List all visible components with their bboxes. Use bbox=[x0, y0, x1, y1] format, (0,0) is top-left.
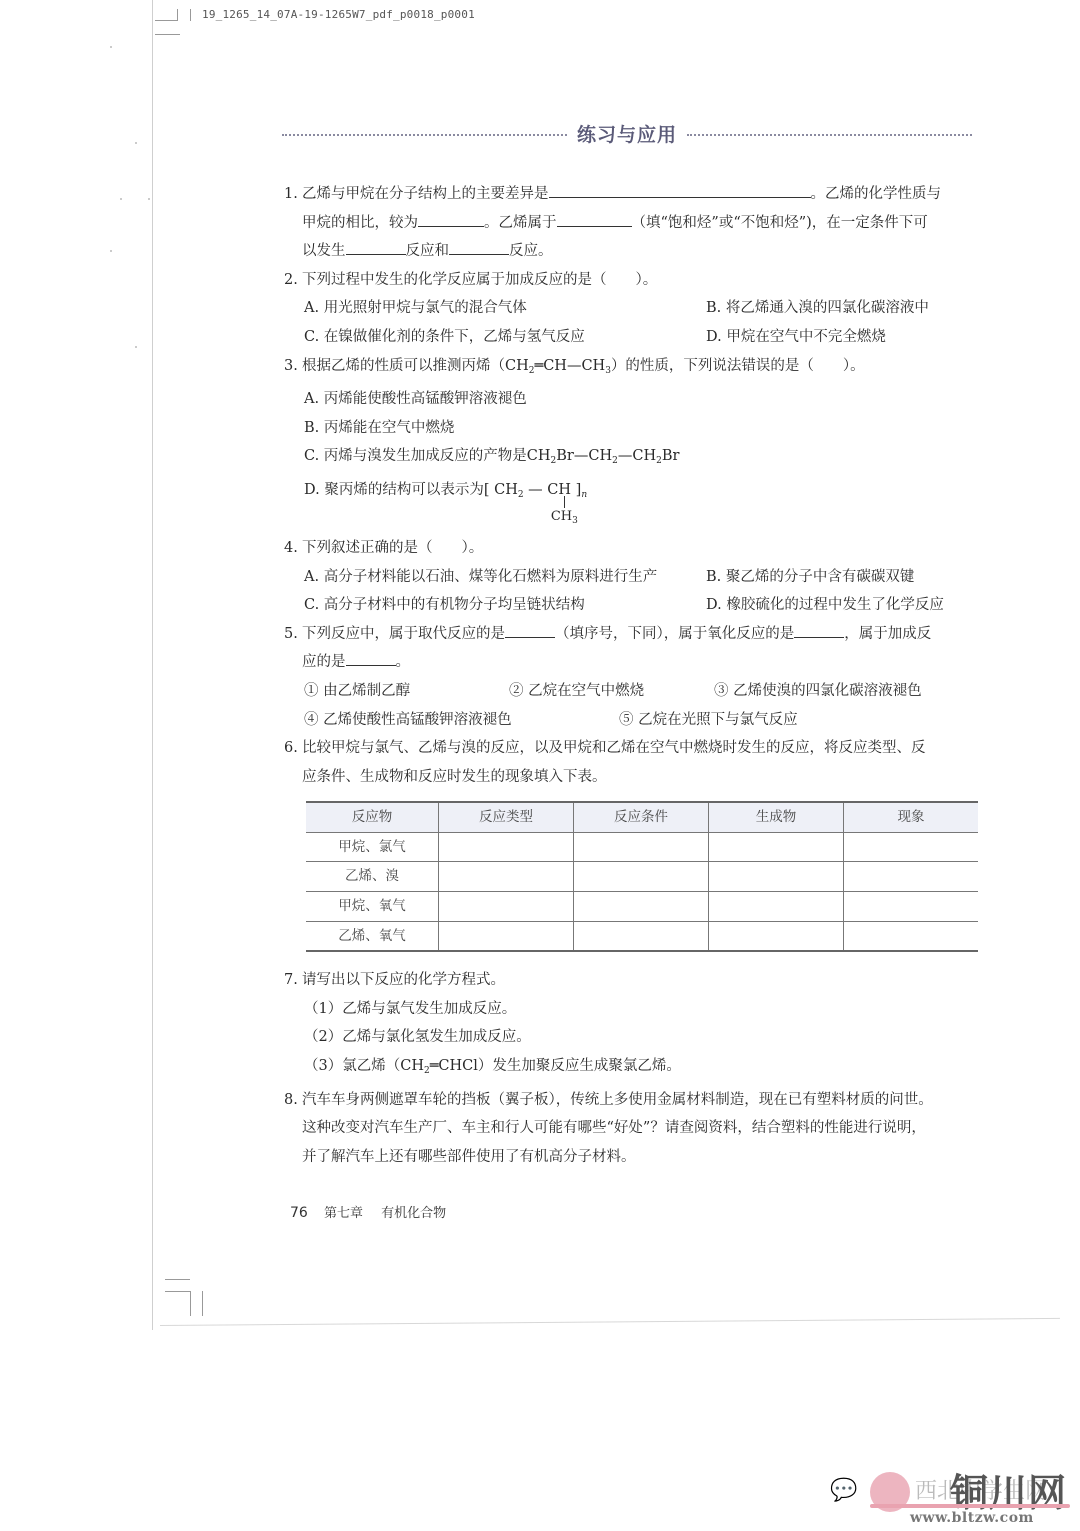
question-stem: ═CH—CH bbox=[534, 358, 605, 374]
answer-blank[interactable] bbox=[549, 183, 811, 198]
crop-mark bbox=[190, 9, 191, 21]
subscript: 3 bbox=[572, 516, 578, 526]
question-3: 3.根据乙烯的性质可以推测丙烯（CH2═CH—CH3）的性质，下列说法错误的是（… bbox=[284, 352, 976, 534]
formula-text: [ CH bbox=[484, 482, 518, 498]
wechat-icon: 💬 bbox=[830, 1478, 857, 1503]
question-text: 这种改变对汽车生产厂、车主和行人可能有哪些“好处”？请查阅资料，结合塑料的性能进… bbox=[284, 1114, 976, 1143]
subscript: n bbox=[581, 490, 587, 500]
question-number: 2. bbox=[284, 266, 302, 295]
answer-cell[interactable] bbox=[844, 862, 979, 892]
polypropylene-formula: [ CH2 — CH ]nCH3 bbox=[484, 476, 587, 510]
formula-text: CH bbox=[551, 509, 572, 524]
question-stem: 下列过程中发生的化学反应属于加成反应的是（ ）。 bbox=[302, 272, 657, 288]
option-b[interactable]: B. 丙烯能在空气中燃烧 bbox=[304, 414, 976, 443]
option-text: Br bbox=[662, 448, 680, 464]
watermark-url: www.bltzw.com bbox=[910, 1510, 1034, 1526]
question-text: ，属于加成反 bbox=[844, 626, 931, 642]
question-number: 6. bbox=[284, 734, 302, 763]
scan-speck bbox=[135, 346, 137, 348]
option-a[interactable]: A. 用光照射甲烷与氯气的混合气体 bbox=[304, 294, 706, 323]
question-6: 6.比较甲烷与氯气、乙烯与溴的反应，以及甲烷和乙烯在空气中燃烧时发生的反应，将反… bbox=[284, 734, 976, 952]
answer-cell[interactable] bbox=[709, 832, 844, 862]
column-header: 现象 bbox=[844, 802, 979, 832]
page-edge-bottom bbox=[160, 1318, 1060, 1326]
question-text: 并了解汽车上还有哪些部件使用了有机高分子材料。 bbox=[284, 1143, 976, 1172]
question-5: 5.下列反应中，属于取代反应的是（填序号，下同），属于氧化反应的是，属于加成反 … bbox=[284, 620, 976, 734]
reaction-item-3: ③ 乙烯使溴的四氯化碳溶液褪色 bbox=[714, 677, 996, 706]
question-text: 反应和 bbox=[406, 243, 450, 259]
sub-question-2: （2）乙烯与氯化氢发生加成反应。 bbox=[284, 1023, 976, 1052]
answer-blank[interactable] bbox=[794, 623, 844, 638]
answer-cell[interactable] bbox=[844, 892, 979, 922]
reaction-comparison-table: 反应物 反应类型 反应条件 生成物 现象 甲烷、氯气 bbox=[306, 801, 978, 952]
answer-blank[interactable] bbox=[346, 240, 406, 255]
scan-speck bbox=[148, 198, 150, 200]
question-text: 甲烷的相比，较为 bbox=[302, 215, 418, 231]
scan-speck bbox=[135, 142, 137, 144]
answer-cell[interactable] bbox=[844, 921, 979, 951]
table-row: 甲烷、氯气 bbox=[306, 832, 978, 862]
table-row: 乙烯、氧气 bbox=[306, 921, 978, 951]
reaction-item-1: ① 由乙烯制乙醇 bbox=[304, 677, 509, 706]
question-text: （填“饱和烃”或“不饱和烃”)，在一定条件下可 bbox=[632, 215, 928, 231]
crop-mark bbox=[165, 1291, 190, 1292]
column-header: 反应条件 bbox=[574, 802, 709, 832]
column-header: 反应类型 bbox=[439, 802, 574, 832]
answer-cell[interactable] bbox=[574, 862, 709, 892]
answer-blank[interactable] bbox=[346, 651, 396, 666]
reaction-item-4: ④ 乙烯使酸性高锰酸钾溶液褪色 bbox=[304, 706, 619, 735]
exercise-content: 1.乙烯与甲烷在分子结构上的主要差异是。乙烯的化学性质与 甲烷的相比，较为。乙烯… bbox=[284, 180, 976, 1171]
bond-line bbox=[564, 496, 565, 508]
question-text: 反应。 bbox=[509, 243, 553, 259]
question-7: 7.请写出以下反应的化学方程式。 （1）乙烯与氯气发生加成反应。 （2）乙烯与氯… bbox=[284, 966, 976, 1085]
answer-cell[interactable] bbox=[844, 832, 979, 862]
crop-mark bbox=[202, 1291, 203, 1316]
reactant-cell: 乙烯、溴 bbox=[306, 862, 439, 892]
question-text: 下列反应中，属于取代反应的是 bbox=[302, 626, 505, 642]
watermark-wave bbox=[870, 1504, 1070, 1508]
answer-blank[interactable] bbox=[505, 623, 555, 638]
scan-speck bbox=[120, 198, 122, 200]
question-text: 。乙烯的化学性质与 bbox=[811, 186, 942, 202]
answer-cell[interactable] bbox=[574, 892, 709, 922]
option-d[interactable]: D. 聚丙烯的结构可以表示为[ CH2 — CH ]nCH3 bbox=[304, 476, 976, 534]
answer-cell[interactable] bbox=[709, 862, 844, 892]
dotted-rule-right bbox=[687, 134, 972, 136]
crop-mark bbox=[165, 1279, 190, 1280]
answer-cell[interactable] bbox=[439, 832, 574, 862]
page-edge-left bbox=[152, 0, 153, 1330]
watermark-brand: 铜川网 bbox=[950, 1462, 1067, 1517]
question-text: 。 bbox=[396, 654, 411, 670]
chapter-label: 第七章 bbox=[324, 1206, 363, 1221]
answer-blank[interactable] bbox=[418, 212, 484, 227]
answer-cell[interactable] bbox=[574, 921, 709, 951]
site-watermark: 💬 西北中学生网 铜川网 www.bltzw.com bbox=[830, 1460, 1080, 1531]
scan-speck bbox=[110, 46, 112, 48]
question-number: 5. bbox=[284, 620, 302, 649]
option-text: D. 聚丙烯的结构可以表示为 bbox=[304, 482, 484, 498]
methyl-branch: CH3 bbox=[551, 496, 578, 528]
question-text: 乙烯与甲烷在分子结构上的主要差异是 bbox=[302, 186, 549, 202]
question-text: （填序号，下同），属于氧化反应的是 bbox=[555, 626, 794, 642]
question-stem: ）的性质，下列说法错误的是（ ）。 bbox=[611, 358, 865, 374]
question-stem: 下列叙述正确的是（ ）。 bbox=[302, 540, 483, 556]
page-footer: 76 第七章 有机化合物 bbox=[290, 1202, 446, 1221]
option-text: —CH bbox=[618, 448, 656, 464]
option-a[interactable]: A. 高分子材料能以石油、煤等化石燃料为原料进行生产 bbox=[304, 563, 706, 592]
reactant-cell: 乙烯、氧气 bbox=[306, 921, 439, 951]
question-stem: 应条件、生成物和反应时发生的现象填入下表。 bbox=[284, 763, 976, 792]
option-d[interactable]: D. 橡胶硫化的过程中发生了化学反应 bbox=[706, 591, 996, 620]
scan-speck bbox=[110, 250, 112, 252]
option-c[interactable]: C. 在镍做催化剂的条件下，乙烯与氢气反应 bbox=[304, 323, 706, 352]
table-row: 乙烯、溴 bbox=[306, 862, 978, 892]
sub-question-text: （3）氯乙烯（CH bbox=[304, 1058, 424, 1074]
option-c[interactable]: C. 高分子材料中的有机物分子均呈链状结构 bbox=[304, 591, 706, 620]
reactant-cell: 甲烷、氯气 bbox=[306, 832, 439, 862]
option-b[interactable]: B. 将乙烯通入溴的四氯化碳溶液中 bbox=[706, 294, 996, 323]
answer-cell[interactable] bbox=[574, 832, 709, 862]
sub-question-1: （1）乙烯与氯气发生加成反应。 bbox=[284, 995, 976, 1024]
question-stem: 请写出以下反应的化学方程式。 bbox=[302, 972, 505, 988]
answer-cell[interactable] bbox=[439, 862, 574, 892]
option-text: Br—CH bbox=[556, 448, 612, 464]
reaction-item-5: ⑤ 乙烷在光照下与氯气反应 bbox=[619, 706, 996, 735]
section-header: 练习与应用 bbox=[282, 118, 972, 148]
answer-blank[interactable] bbox=[449, 240, 509, 255]
option-text: C. 丙烯与溴发生加成反应的产物是CH bbox=[304, 448, 551, 464]
page-number: 76 bbox=[290, 1205, 308, 1221]
question-text: 应的是 bbox=[302, 654, 346, 670]
crop-mark bbox=[155, 34, 180, 35]
question-2: 2.下列过程中发生的化学反应属于加成反应的是（ ）。 A. 用光照射甲烷与氯气的… bbox=[284, 266, 976, 352]
question-stem: 比较甲烷与氯气、乙烯与溴的反应，以及甲烷和乙烯在空气中燃烧时发生的反应，将反应类… bbox=[302, 740, 926, 756]
column-header: 生成物 bbox=[709, 802, 844, 832]
column-header: 反应物 bbox=[306, 802, 439, 832]
option-d[interactable]: D. 甲烷在空气中不完全燃烧 bbox=[706, 323, 996, 352]
question-number: 3. bbox=[284, 352, 302, 381]
answer-cell[interactable] bbox=[439, 892, 574, 922]
table-row: 甲烷、氧气 bbox=[306, 892, 978, 922]
reaction-item-2: ② 乙烷在空气中燃烧 bbox=[509, 677, 714, 706]
crop-mark bbox=[190, 1291, 191, 1316]
question-text: 汽车车身两侧遮罩车轮的挡板（翼子板），传统上多使用金属材料制造，现在已有塑料材质… bbox=[302, 1092, 933, 1108]
sub-question-3: （3）氯乙烯（CH2═CHCl）发生加聚反应生成聚氯乙烯。 bbox=[284, 1052, 976, 1086]
table-header-row: 反应物 反应类型 反应条件 生成物 现象 bbox=[306, 802, 978, 832]
crop-mark bbox=[155, 20, 177, 21]
reactant-cell: 甲烷、氧气 bbox=[306, 892, 439, 922]
question-stem: 根据乙烯的性质可以推测丙烯（CH bbox=[302, 358, 529, 374]
scan-file-label: 19_1265_14_07A-19-1265W7_pdf_p0018_p0001 bbox=[202, 8, 475, 21]
question-1: 1.乙烯与甲烷在分子结构上的主要差异是。乙烯的化学性质与 甲烷的相比，较为。乙烯… bbox=[284, 180, 976, 266]
question-4: 4.下列叙述正确的是（ ）。 A. 高分子材料能以石油、煤等化石燃料为原料进行生… bbox=[284, 534, 976, 620]
question-number: 1. bbox=[284, 180, 302, 209]
option-b[interactable]: B. 聚乙烯的分子中含有碳碳双键 bbox=[706, 563, 996, 592]
question-8: 8.汽车车身两侧遮罩车轮的挡板（翼子板），传统上多使用金属材料制造，现在已有塑料… bbox=[284, 1086, 976, 1172]
answer-blank[interactable] bbox=[557, 212, 632, 227]
answer-cell[interactable] bbox=[709, 921, 844, 951]
question-number: 7. bbox=[284, 966, 302, 995]
sub-question-text: ═CHCl）发生加聚反应生成聚氯乙烯。 bbox=[430, 1058, 681, 1074]
question-number: 8. bbox=[284, 1086, 302, 1115]
option-c[interactable]: C. 丙烯与溴发生加成反应的产物是CH2Br—CH2—CH2Br bbox=[304, 442, 976, 476]
chapter-title: 有机化合物 bbox=[381, 1206, 446, 1221]
question-number: 4. bbox=[284, 534, 302, 563]
answer-cell[interactable] bbox=[709, 892, 844, 922]
question-text: 以发生 bbox=[302, 243, 346, 259]
answer-cell[interactable] bbox=[439, 921, 574, 951]
crop-mark bbox=[177, 9, 178, 21]
dotted-rule-left bbox=[282, 134, 567, 136]
question-text: 。乙烯属于 bbox=[484, 215, 557, 231]
section-title: 练习与应用 bbox=[567, 120, 687, 147]
option-a[interactable]: A. 丙烯能使酸性高锰酸钾溶液褪色 bbox=[304, 385, 976, 414]
